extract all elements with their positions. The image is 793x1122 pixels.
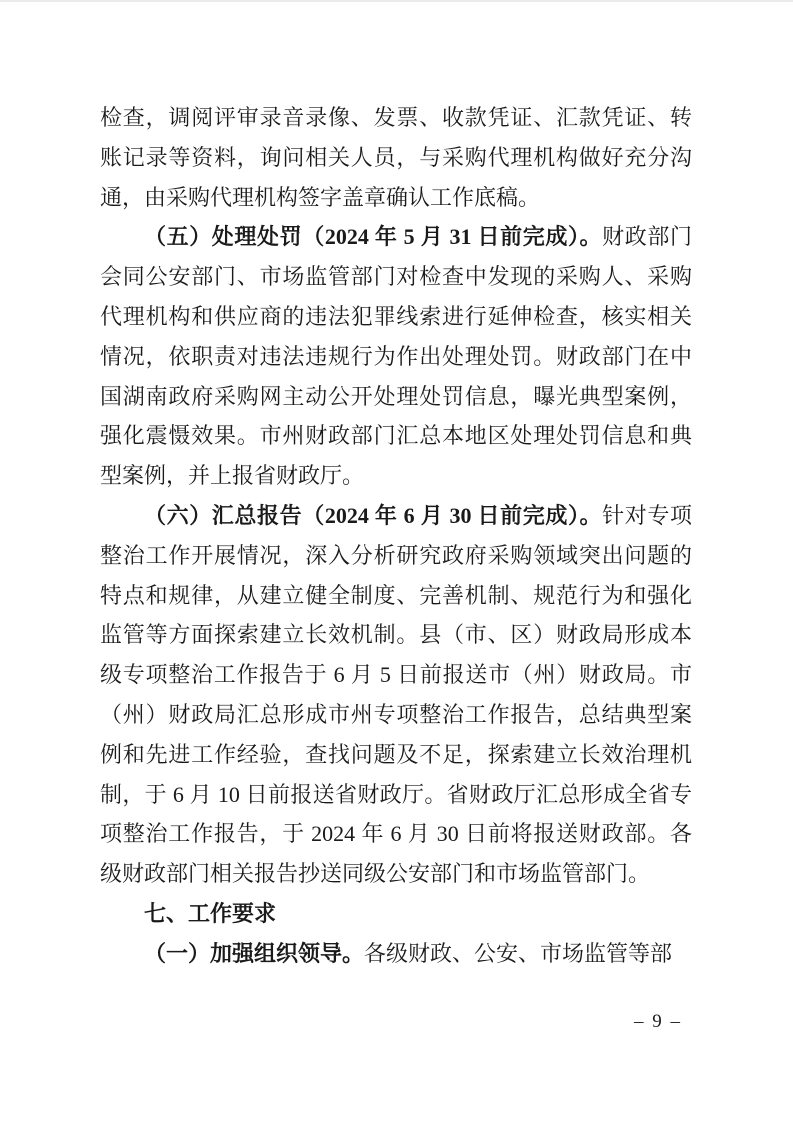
document-page: 检查，调阅评审录音录像、发票、收款凭证、汇款凭证、转账记录等资料，询问相关人员，… xyxy=(0,0,793,1122)
section-heading: 七、工作要求 xyxy=(100,894,692,934)
paragraph-text: 检查，调阅评审录音录像、发票、收款凭证、汇款凭证、转账记录等资料，询问相关人员，… xyxy=(100,105,692,210)
paragraph: （五）处理处罚（2024 年 5 月 31 日前完成）。财政部门会同公安部门、市… xyxy=(100,217,692,496)
paragraph-text: 针对专项整治工作开展情况，深入分析研究政府采购领域突出问题的特点和规律，从建立健… xyxy=(100,503,692,886)
paragraph-text: 财政部门会同公安部门、市场监管部门对检查中发现的采购人、采购代理机构和供应商的违… xyxy=(100,224,692,488)
paragraph-text: 各级财政、公安、市场监管等部 xyxy=(364,941,672,966)
paragraph-lead: （一）加强组织领导。 xyxy=(144,941,364,966)
document-body: 检查，调阅评审录音录像、发票、收款凭证、汇款凭证、转账记录等资料，询问相关人员，… xyxy=(100,98,692,974)
paragraph: （一）加强组织领导。各级财政、公安、市场监管等部 xyxy=(100,934,692,974)
paragraph-lead: （六）汇总报告（2024 年 6 月 30 日前完成）。 xyxy=(144,503,602,528)
paragraph-lead: （五）处理处罚（2024 年 5 月 31 日前完成）。 xyxy=(144,224,602,249)
paragraph: （六）汇总报告（2024 年 6 月 30 日前完成）。针对专项整治工作开展情况… xyxy=(100,496,692,894)
paragraph: 检查，调阅评审录音录像、发票、收款凭证、汇款凭证、转账记录等资料，询问相关人员，… xyxy=(100,98,692,217)
page-number: – 9 – xyxy=(634,1011,682,1033)
